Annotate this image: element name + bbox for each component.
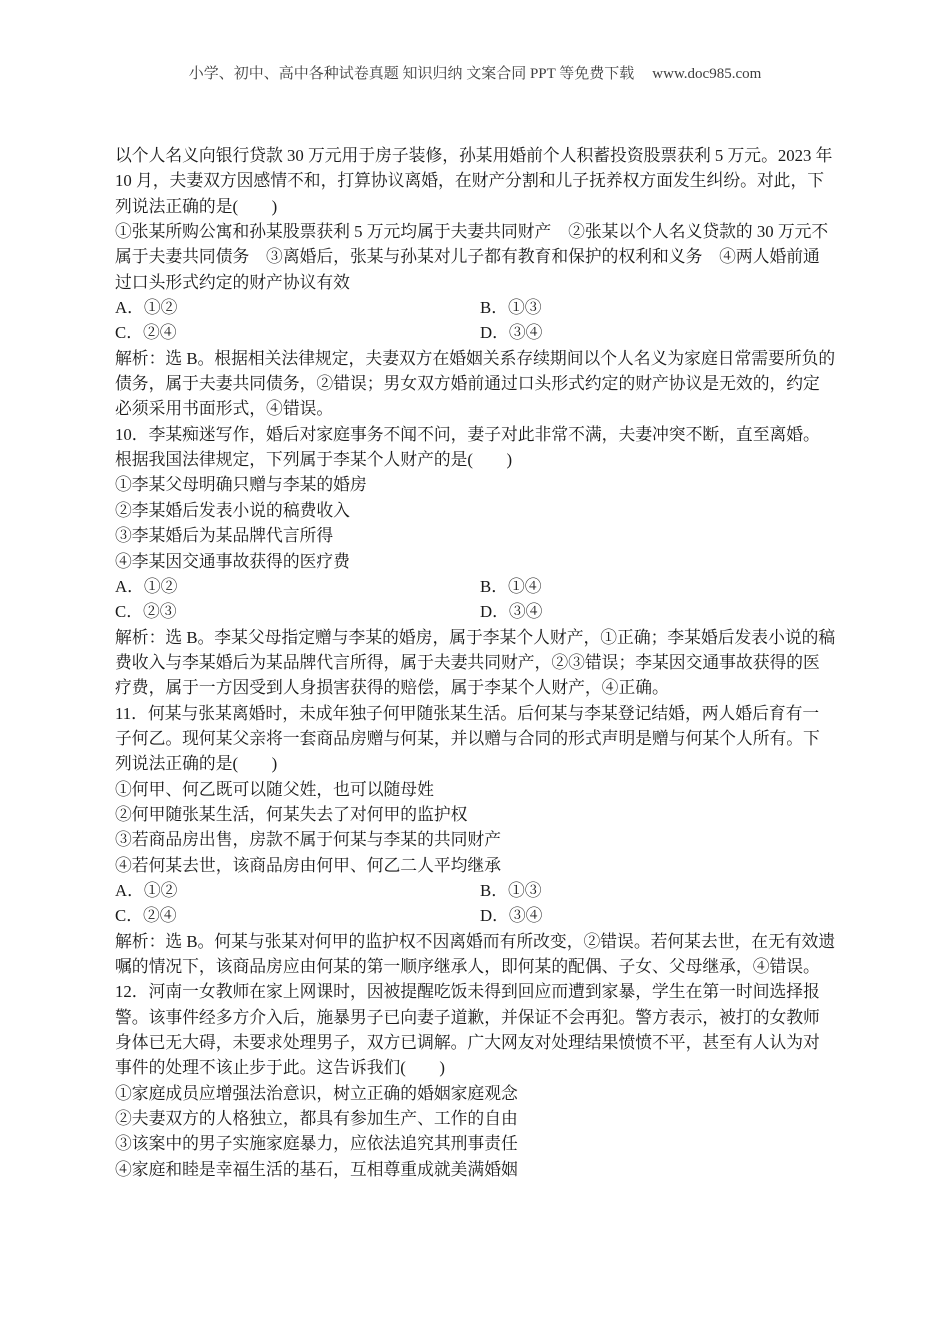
option-b: B．①③	[480, 295, 542, 320]
option-d: D．③④	[480, 599, 542, 624]
analysis-line: 疗费，属于一方因受到人身损害获得的赔偿，属于李某个人财产，④正确。	[115, 675, 841, 700]
statement-line: ④家庭和睦是幸福生活的基石，互相尊重成就美满婚姻	[115, 1157, 841, 1182]
options-row: A．①② B．①③	[115, 878, 841, 903]
question-line: 身体已无大碍，未要求处理男子，双方已调解。广大网友对处理结果愤愤不平，甚至有人认…	[115, 1030, 841, 1055]
option-b: B．①④	[480, 574, 542, 599]
option-c: C．②④	[115, 906, 177, 925]
question-line: 子何乙。现何某父亲将一套商品房赠与何某，并以赠与合同的形式声明是赠与何某个人所有…	[115, 726, 841, 751]
statement-line: 属于夫妻共同债务 ③离婚后，张某与孙某对儿子都有教育和保护的权利和义务 ④两人婚…	[115, 244, 841, 269]
page-header-watermark: 小学、初中、高中各种试卷真题 知识归纳 文案合同 PPT 等免费下载www.do…	[0, 62, 950, 83]
analysis-line: 债务，属于夫妻共同债务，②错误；男女双方婚前通过口头形式约定的财产协议是无效的，…	[115, 371, 841, 396]
option-c: C．②③	[115, 602, 177, 621]
statement-line: ④李某因交通事故获得的医疗费	[115, 549, 841, 574]
question-line: 警。该事件经多方介入后，施暴男子已向妻子道歉，并保证不会再犯。警方表示，被打的女…	[115, 1005, 841, 1030]
option-a: A．①②	[115, 881, 177, 900]
analysis-line: 嘱的情况下，该商品房应由何某的第一顺序继承人，即何某的配偶、子女、父母继承，④错…	[115, 954, 841, 979]
site-url: www.doc985.com	[652, 66, 761, 82]
statement-line: ①李某父母明确只赠与李某的婚房	[115, 472, 841, 497]
document-page: 小学、初中、高中各种试卷真题 知识归纳 文案合同 PPT 等免费下载www.do…	[0, 0, 950, 1344]
statement-line: ④若何某去世，该商品房由何甲、何乙二人平均继承	[115, 853, 841, 878]
option-c: C．②④	[115, 323, 177, 342]
statement-line: ①家庭成员应增强法治意识，树立正确的婚姻家庭观念	[115, 1081, 841, 1106]
analysis-line: 解析：选 B。何某与张某对何甲的监护权不因离婚而有所改变，②错误。若何某去世，在…	[115, 929, 841, 954]
options-row: A．①② B．①④	[115, 574, 841, 599]
options-row: A．①② B．①③	[115, 295, 841, 320]
question-line: 10 月，夫妻双方因感情不和，打算协议离婚，在财产分割和儿子抚养权方面发生纠纷。…	[115, 168, 841, 193]
statement-line: ①张某所购公寓和孙某股票获利 5 万元均属于夫妻共同财产 ②张某以个人名义贷款的…	[115, 219, 841, 244]
option-a: A．①②	[115, 577, 177, 596]
question-line: 列说法正确的是( )	[115, 194, 841, 219]
question-line: 以个人名义向银行贷款 30 万元用于房子装修，孙某用婚前个人积蓄投资股票获利 5…	[115, 143, 841, 168]
analysis-line: 解析：选 B。李某父母指定赠与李某的婚房，属于李某个人财产，①正确；李某婚后发表…	[115, 625, 841, 650]
statement-line: ③李某婚后为某品牌代言所得	[115, 523, 841, 548]
option-d: D．③④	[480, 903, 542, 928]
question-line: 根据我国法律规定，下列属于李某个人财产的是( )	[115, 447, 841, 472]
option-b: B．①③	[480, 878, 542, 903]
option-d: D．③④	[480, 320, 542, 345]
analysis-line: 解析：选 B。根据相关法律规定，夫妻双方在婚姻关系存续期间以个人名义为家庭日常需…	[115, 346, 841, 371]
options-row: C．②④ D．③④	[115, 903, 841, 928]
question-line: 10．李某痴迷写作，婚后对家庭事务不闻不问，妻子对此非常不满，夫妻冲突不断，直至…	[115, 422, 841, 447]
question-line: 12．河南一女教师在家上网课时，因被提醒吃饭未得到回应而遭到家暴，学生在第一时间…	[115, 979, 841, 1004]
analysis-line: 必须采用书面形式，④错误。	[115, 396, 841, 421]
option-a: A．①②	[115, 298, 177, 317]
statement-line: 过口头形式约定的财产协议有效	[115, 270, 841, 295]
question-line: 11．何某与张某离婚时，未成年独子何甲随张某生活。后何某与李某登记结婚，两人婚后…	[115, 701, 841, 726]
document-body: 以个人名义向银行贷款 30 万元用于房子装修，孙某用婚前个人积蓄投资股票获利 5…	[115, 143, 841, 1182]
statement-line: ②李某婚后发表小说的稿费收入	[115, 498, 841, 523]
statement-line: ③若商品房出售，房款不属于何某与李某的共同财产	[115, 827, 841, 852]
analysis-line: 费收入与李某婚后为某品牌代言所得，属于夫妻共同财产，②③错误；李某因交通事故获得…	[115, 650, 841, 675]
question-line: 列说法正确的是( )	[115, 751, 841, 776]
statement-line: ②何甲随张某生活，何某失去了对何甲的监护权	[115, 802, 841, 827]
statement-line: ①何甲、何乙既可以随父姓，也可以随母姓	[115, 777, 841, 802]
question-line: 事件的处理不该止步于此。这告诉我们( )	[115, 1055, 841, 1080]
options-row: C．②④ D．③④	[115, 320, 841, 345]
statement-line: ②夫妻双方的人格独立，都具有参加生产、工作的自由	[115, 1106, 841, 1131]
options-row: C．②③ D．③④	[115, 599, 841, 624]
statement-line: ③该案中的男子实施家庭暴力，应依法追究其刑事责任	[115, 1131, 841, 1156]
site-tagline: 小学、初中、高中各种试卷真题 知识归纳 文案合同 PPT 等免费下载	[189, 66, 635, 82]
